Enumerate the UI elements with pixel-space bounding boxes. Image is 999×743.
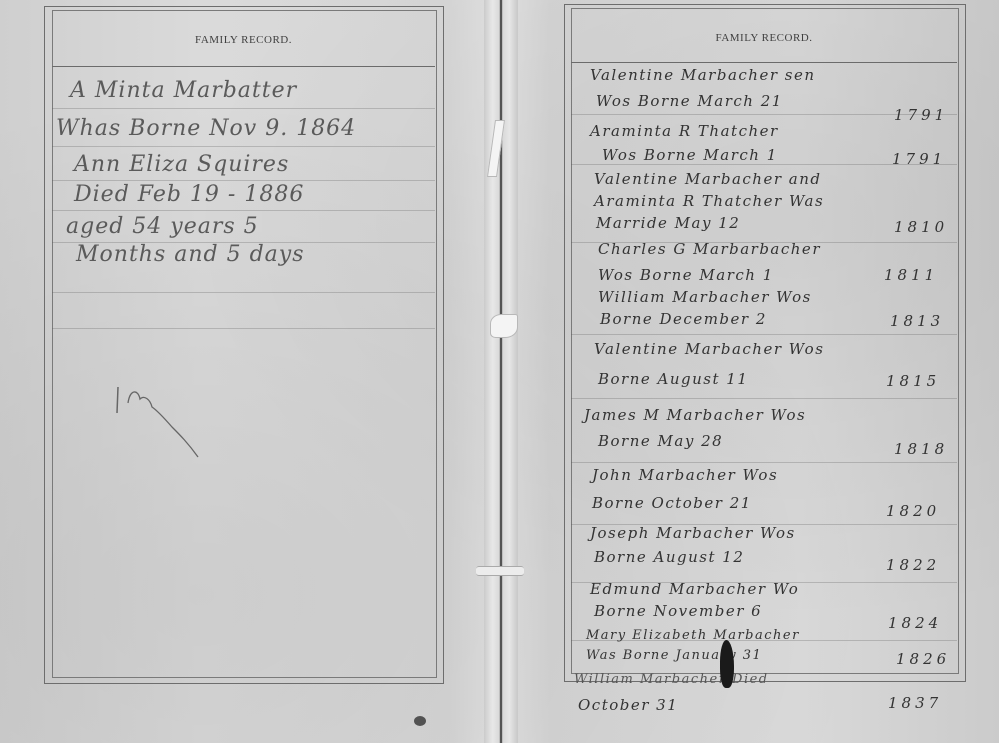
entry-name: Charles G Marbarbacher xyxy=(598,240,821,258)
entry-year: 1826 xyxy=(896,650,950,668)
entry-year: 1824 xyxy=(888,614,942,632)
entry-year: 1818 xyxy=(894,440,948,458)
ruled-line xyxy=(52,180,435,181)
entry-date: Marride May 12 xyxy=(596,214,740,232)
entry-date: Borne October 21 xyxy=(592,494,752,512)
ink-stain xyxy=(414,716,426,726)
ruled-line xyxy=(571,398,957,399)
ruled-line xyxy=(52,146,435,147)
entry-name: Araminta R Thatcher xyxy=(590,122,779,140)
entry-year: 1791 xyxy=(894,106,948,124)
handwritten-line: Months and 5 days xyxy=(76,242,305,267)
entry-year: 1791 xyxy=(892,150,946,168)
entry-name: Mary Elizabeth Marbacher xyxy=(586,628,800,643)
entry-name: Edmund Marbacher Wo xyxy=(590,580,799,598)
entry-year: 1811 xyxy=(884,266,938,284)
entry-name: James M Marbacher Wos xyxy=(584,406,806,424)
ruled-line xyxy=(571,462,957,463)
handwritten-line: Whas Borne Nov 9. 1864 xyxy=(56,116,356,141)
pencil-scribble-icon xyxy=(110,385,210,460)
entry-year: 1813 xyxy=(890,312,944,330)
entry-name: Joseph Marbacher Wos xyxy=(590,524,796,542)
entry-date: Wos Borne March 21 xyxy=(596,92,783,110)
ruled-line xyxy=(52,108,435,109)
entry-date: Wos Borne March 1 xyxy=(598,266,774,284)
entry-year: 1822 xyxy=(886,556,940,574)
entry-date: Borne August 11 xyxy=(598,370,748,388)
ruled-line xyxy=(52,328,435,329)
handwritten-line: Ann Eliza Squires xyxy=(74,152,289,177)
ruled-line xyxy=(571,334,957,335)
left-page-heading: FAMILY RECORD. xyxy=(52,34,435,46)
entry-name: Valentine Marbacher and xyxy=(594,170,821,188)
right-page-heading: FAMILY RECORD. xyxy=(571,32,957,44)
entry-date: October 31 xyxy=(578,696,678,714)
entry-name: William Marbacher Wos xyxy=(598,288,812,306)
entry-name: John Marbacher Wos xyxy=(592,466,778,484)
entry-date: Borne December 2 xyxy=(600,310,767,328)
entry-date: Borne November 6 xyxy=(594,602,762,620)
entry-date: Wos Borne March 1 xyxy=(602,146,778,164)
entry-name: William Marbacher Died xyxy=(574,672,769,687)
handwritten-line: aged 54 years 5 xyxy=(66,214,259,239)
book-spine xyxy=(484,0,518,743)
heading-divider xyxy=(52,66,435,67)
heading-divider xyxy=(571,62,957,63)
handwritten-line: A Minta Marbatter xyxy=(70,78,297,103)
right-page: FAMILY RECORD. Valentine Marbacher sen W… xyxy=(514,0,999,743)
entry-date: Borne May 28 xyxy=(598,432,723,450)
entry-year: 1815 xyxy=(886,372,940,390)
entry-name: Valentine Marbacher Wos xyxy=(594,340,824,358)
entry-year: 1810 xyxy=(894,218,948,236)
left-page: FAMILY RECORD. A Minta Marbatter Whas Bo… xyxy=(0,0,488,743)
entry-date: Borne August 12 xyxy=(594,548,744,566)
scanned-document: FAMILY RECORD. A Minta Marbatter Whas Bo… xyxy=(0,0,999,743)
entry-year: 1837 xyxy=(888,694,942,712)
handwritten-line: Died Feb 19 - 1886 xyxy=(74,182,304,207)
entry-name: Araminta R Thatcher Was xyxy=(594,192,824,210)
entry-name: Valentine Marbacher sen xyxy=(590,66,816,84)
ruled-line xyxy=(52,292,435,293)
entry-year: 1820 xyxy=(886,502,940,520)
entry-date: Was Borne January 31 xyxy=(586,648,762,663)
ruled-line xyxy=(52,210,435,211)
left-page-inner-border xyxy=(52,10,437,678)
